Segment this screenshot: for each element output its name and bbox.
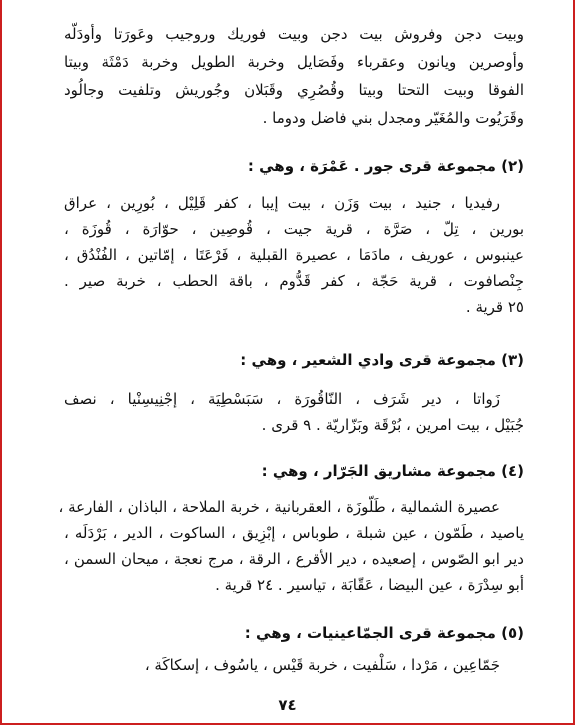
section-heading: (٤) مجموعة مشاريق الجَرّار ، وهي : [64, 460, 524, 482]
text-line: وبيت دجن وفروش بيت دجن وبيت فوريك وروجيب… [64, 23, 524, 45]
text-line: أبو سِدْرَة ، عين البيضا ، عَقّابَة ، تي… [64, 574, 524, 596]
text-line: جَمّاعِين ، مَرْدا ، سَلْفيت ، خربة قَيْ… [64, 654, 524, 676]
section-heading: (٣) مجموعة قرى وادي الشعير ، وهي : [64, 349, 524, 371]
page-number: ٧٤ [2, 696, 573, 714]
text-line: زَواتا ، دير شَرَف ، النّاقُورَة ، سَبَس… [64, 388, 524, 410]
text-line: عينبوس ، عوريف ، مادَمَا ، عصيرة القبلية… [64, 244, 524, 266]
text-line: بورين ، تِلّ ، صَرَّة ، قرية جيت ، قُوصِ… [64, 218, 524, 240]
text-line: عصيرة الشمالية ، طَلّوزَة ، العقربانية ،… [64, 496, 524, 518]
page-frame: وبيت دجن وفروش بيت دجن وبيت فوريك وروجيب… [0, 0, 575, 725]
text-line: وقَرَيُوت والمُغَيّر ومجدل بني فاضل ودوم… [64, 107, 524, 129]
text-line: جِنْصافوت ، قرية حَجّة ، كفر قَدُّوم ، ب… [64, 270, 524, 292]
section-heading: (٢) مجموعة قرى جور . عَمْرَة ، وهي : [64, 155, 524, 177]
section-heading: (٥) مجموعة قرى الجمّاعينيات ، وهي : [64, 622, 524, 644]
text-line: دير ابو الصّوس ، إصعيده ، دير الأقرع ، ا… [64, 548, 524, 570]
text-line: الفوقا وبيت التحتا وبيتا وقُصُرِي وقَبَل… [64, 79, 524, 101]
text-line: رفيديا ، جنيد ، بيت وَزَن ، بيت إيبا ، ك… [64, 192, 524, 214]
text-line: ياصيد ، طَمّون ، عين شبلة ، طوباس ، إبْز… [64, 522, 524, 544]
text-line: ٢٥ قرية . [64, 296, 524, 318]
text-line: جُبَيْل ، بيت امرين ، بُرْقَة وبَزّاريّة… [64, 414, 524, 436]
text-line: وأوصرين ويانون وعقرباء وفَصَايل وخربة ال… [64, 51, 524, 73]
